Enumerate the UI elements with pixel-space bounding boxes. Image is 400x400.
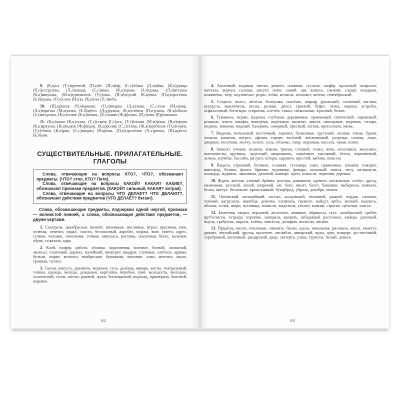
exercise-item-13: 13. Прядёшь, валун, пчелиные, снимите, б… [204, 227, 377, 240]
exercise-item-11: 11. (К,к)ошка (К,к)луша, (Г,г)усыня (Г,г… [33, 120, 187, 138]
exercise-item-2: 2. Клей, шофёр, работа, облачко, коричне… [33, 246, 187, 264]
exercise-text: Туманное, играю, водичка, глубокая, дере… [204, 115, 377, 128]
exercise-text: Зависят, ученик, коляска, ковши, трюмо, … [204, 147, 377, 160]
exercise-text: Ждать, жёлтая, утиный, брёвна, золотая, … [204, 179, 377, 192]
exercise-text: Прядёшь, валун, пчелиные, снимите, басни… [204, 226, 377, 239]
exercise-item-12: 12. Заметная, творог, верховой, железное… [204, 211, 377, 224]
section-heading: СУЩЕСТВИТЕЛЬНЫЕ. ПРИЛАГАТЕЛЬНЫЕ. ГЛАГОЛЫ [33, 150, 187, 165]
exercise-item-7: 7. Видишь, печальный, восточный, зацепил… [204, 132, 377, 145]
book-spread: 9. (К,к)от (Т,т)ерентий, (П,п)ёс (П,п)иф… [11, 56, 389, 329]
exercise-item-1: 1. Смотрела, декабрьская, визжит, низень… [33, 226, 187, 244]
exercise-item-11r: 11. Океанский, мельчайший, застыл, колдо… [204, 195, 377, 208]
exercise-item-5: 5. Согрело, волос, жёлтая, болтушка, спа… [204, 100, 377, 113]
page-left-content: 9. (К,к)от (Т,т)ерентий, (П,п)ёс (П,п)иф… [11, 56, 196, 329]
exercise-text: Заметная, творог, верховой, железное, ле… [204, 210, 377, 223]
exercise-text: Клей, шофёр, работа, облачко, коричневая… [33, 245, 187, 263]
exercise-text: Видишь, печальный, восточный, зацепил, б… [204, 131, 377, 144]
exercise-text: (К,к)от (Т,т)ерентий, (П,п)ёс (П,п)иф, (… [33, 84, 187, 102]
page-number-left: 62 [11, 318, 196, 323]
exercise-text: Согрело, волос, жёлтая, болтушка, спасёш… [204, 99, 377, 112]
page-number-right: 63 [196, 318, 389, 323]
rule-verbs: Слова, отвечающие на вопросы ЧТО ДЕЛАЕТ?… [37, 191, 184, 201]
exercise-item-10: 10. (Щ,щ)енок (Ч,ч)ерныш, (О,о)вчарка (А… [33, 104, 187, 117]
exercise-text: Смотрела, декабрьская, визжит, низенькая… [33, 225, 187, 243]
page-right: 4. Аптечный, водяная, светит, режете, сн… [196, 56, 389, 329]
exercise-item-4: 4. Аптечный, водяная, светит, режете, сн… [204, 84, 377, 97]
exercise-text: Аптечный, водяная, светит, режете, снежн… [204, 84, 377, 97]
exercise-text: Сытая, капуста, дразнить, морские, гусь,… [33, 266, 187, 284]
exercise-text: (К,к)ошка (К,к)луша, (Г,г)усыня (Г,г)ага… [33, 120, 187, 138]
rules-box: Слова, отвечающие на вопросы КТО?, ЧТО?,… [33, 169, 187, 203]
exercise-item-6: 6. Туманное, играю, водичка, глубокая, д… [204, 116, 377, 129]
exercise-text: (Щ,щ)енок (Ч,ч)ерныш, (О,о)вчарка (А,а)л… [33, 104, 187, 117]
rule-adjectives: Слова, отвечающие на вопросы КАКОЙ? КАКА… [37, 182, 184, 192]
exercise-text: Видела, утренний, ботинок, осенняя, гусе… [204, 163, 377, 176]
exercise-item-9: 9. (К,к)от (Т,т)ерентий, (П,п)ёс (П,п)иф… [33, 84, 187, 102]
exercise-item-8: 8. Зависят, ученик, коляска, ковши, трюм… [204, 147, 377, 160]
page-left: 9. (К,к)от (Т,т)ерентий, (П,п)ёс (П,п)иф… [11, 56, 196, 329]
exercise-item-3: 3. Сытая, капуста, дразнить, морские, гу… [33, 266, 187, 284]
book-photo: 9. (К,к)от (Т,т)ерентий, (П,п)ёс (П,п)иф… [0, 0, 400, 400]
exercise-item-9r: 9. Видела, утренний, ботинок, осенняя, г… [204, 163, 377, 176]
page-right-content: 4. Аптечный, водяная, светит, режете, сн… [196, 56, 389, 329]
exercise-text: Океанский, мельчайший, застыл, колдовско… [204, 195, 377, 208]
exercise-item-10r: 10. Ждать, жёлтая, утиный, брёвна, золот… [204, 179, 377, 192]
task-instruction: Слова, обозначающие предметы, подчеркни … [33, 208, 187, 223]
